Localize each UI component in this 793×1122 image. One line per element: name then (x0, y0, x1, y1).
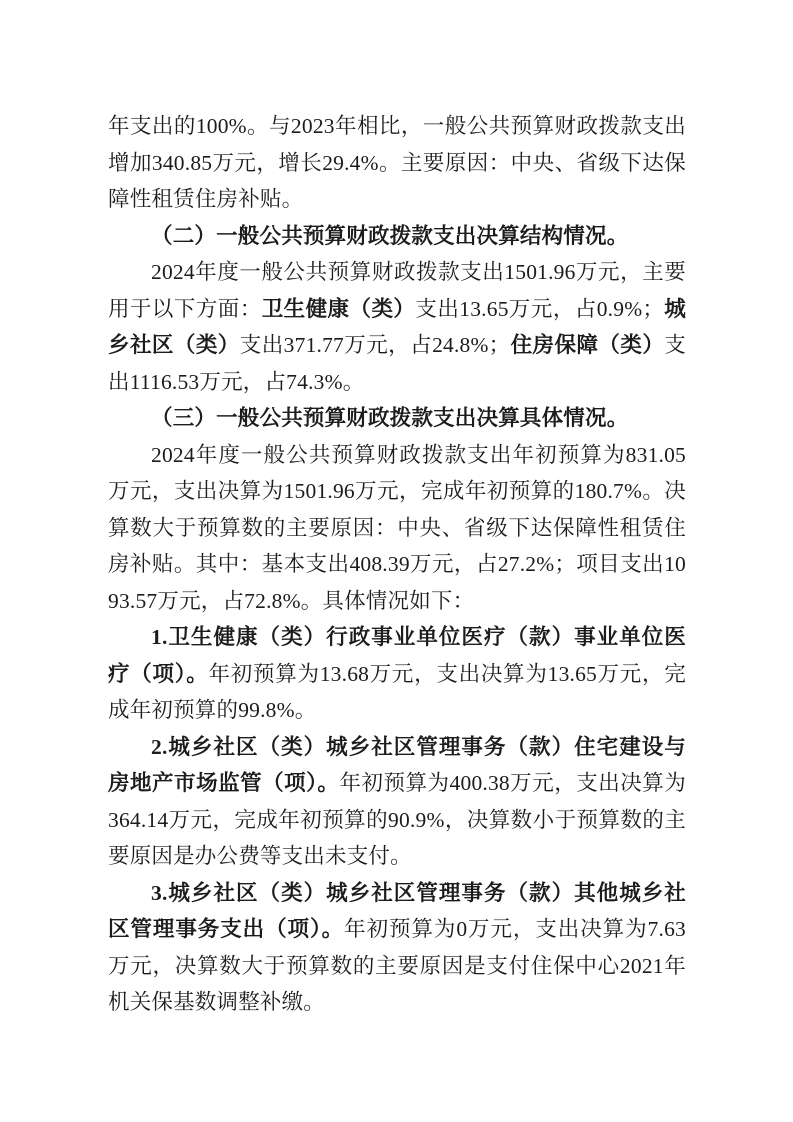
bold-text-run: （三）一般公共预算财政拨款支出决算具体情况。 (151, 406, 628, 430)
para-item-3-other-community: 3.城乡社区（类）城乡社区管理事务（款）其他城乡社区管理事务支出（项）。年初预算… (108, 875, 686, 1021)
text-run: 支出13.65万元，占0.9%； (415, 297, 664, 321)
para-item-1-health: 1.卫生健康（类）行政事业单位医疗（款）事业单位医疗（项）。年初预算为13.68… (108, 619, 686, 729)
para-item-2-housing-regulation: 2.城乡社区（类）城乡社区管理事务（款）住宅建设与房地产市场监管（项）。年初预算… (108, 729, 686, 875)
para-prior-year-comparison: 年支出的100%。与2023年相比，一般公共预算财政拨款支出增加340.85万元… (108, 108, 686, 218)
heading-section-3: （三）一般公共预算财政拨款支出决算具体情况。 (108, 400, 686, 437)
bold-text-run: 卫生健康（类） (262, 297, 416, 321)
para-expenditure-structure: 2024年度一般公共预算财政拨款支出1501.96万元，主要用于以下方面：卫生健… (108, 254, 686, 400)
heading-section-2: （二）一般公共预算财政拨款支出决算结构情况。 (108, 218, 686, 255)
bold-text-run: （二）一般公共预算财政拨款支出决算结构情况。 (151, 224, 628, 248)
text-run: 年支出的100%。与2023年相比，一般公共预算财政拨款支出增加340.85万元… (108, 114, 686, 211)
bold-text-run: 住房保障（类） (510, 333, 664, 357)
text-run: 2024年度一般公共预算财政拨款支出年初预算为831.05万元，支出决算为150… (108, 443, 686, 613)
text-run: 支出371.77万元，占24.8%； (240, 333, 511, 357)
para-detail-overview: 2024年度一般公共预算财政拨款支出年初预算为831.05万元，支出决算为150… (108, 437, 686, 620)
document-body: 年支出的100%。与2023年相比，一般公共预算财政拨款支出增加340.85万元… (108, 108, 686, 1021)
document-page: 年支出的100%。与2023年相比，一般公共预算财政拨款支出增加340.85万元… (0, 0, 793, 1122)
